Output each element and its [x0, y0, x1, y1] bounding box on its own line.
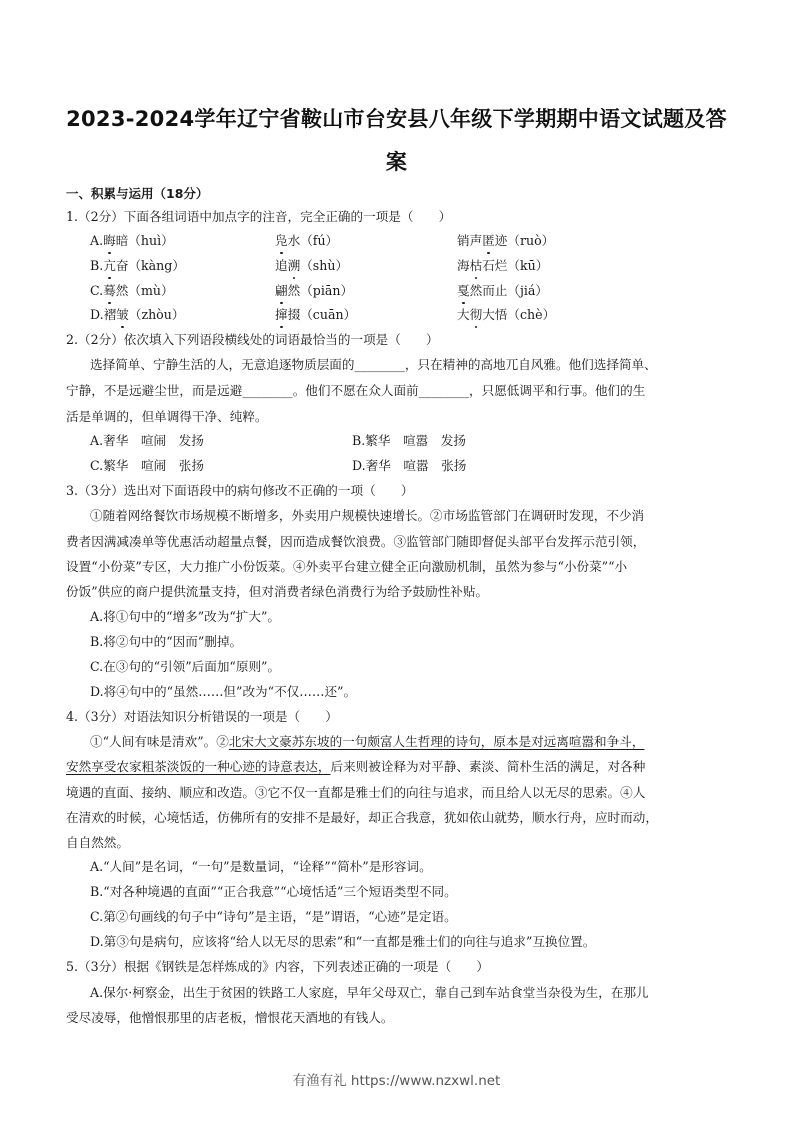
emphasis-dot-char: 晦 — [103, 233, 116, 249]
q2-option-c: C.繁华 喧闹 张扬 — [90, 458, 204, 474]
q3-option-a: A.将①句中的“增多”改为“扩大”。 — [90, 609, 280, 625]
q4-passage-line: 安然享受农家粗茶淡饭的一种心迹的诗意表达，后来则被诠释为对平静、素淡、简朴生活的… — [66, 759, 645, 775]
q1-row4-col3: 大彻大悟（chè） — [457, 307, 555, 323]
q4-stem: 4.（3分）对语法知识分析错误的一项是（ ） — [66, 709, 338, 725]
q1-row4-col2: 撺掇（cuān） — [275, 307, 356, 323]
q2-option-d: D.奢华 喧嚣 张扬 — [352, 458, 466, 474]
emphasis-dot-char: 亢 — [103, 258, 116, 274]
q1-row1-col1: A.晦暗（huì） — [90, 233, 174, 249]
q5-option-a-line: A.保尔·柯察金，出生于贫困的铁路工人家庭，早年父母双亡，靠自己到车站食堂当杂役… — [90, 985, 649, 1001]
emphasis-dot-char: 蓦 — [103, 283, 116, 299]
q5-option-a-line: 受尽凌辱，他憎恨那里的店老板，憎恨花天酒地的有钱人。 — [66, 1010, 393, 1026]
q4-option-c: C.第②句画线的句子中“诗句”是主语，“是”谓语，“心迹”是定语。 — [90, 909, 457, 925]
q4-option-d: D.第③句是病句，应该将“给人以无尽的思索”和“一直都是雅士们的向往与追求”互换… — [90, 934, 595, 950]
q2-passage-line: 宁静，不是远避尘世，而是远避________。他们不愿在众人面前________… — [66, 383, 645, 399]
emphasis-dot-char: 溯 — [288, 258, 301, 274]
q1-row1-col3: 销声匿迹（ruò） — [457, 233, 554, 249]
q2-option-b: B.繁华 喧嚣 发扬 — [352, 433, 466, 449]
q3-option-b: B.将②句中的“因而”删掉。 — [90, 634, 242, 650]
document-title-line1: 2023-2024学年辽宁省鞍山市台安县八年级下学期期中语文试题及答 — [60, 103, 733, 133]
q1-row4-col1: D.褶皱（zhòu） — [90, 307, 184, 323]
q1-row2-col3: 海枯石烂（kū） — [457, 258, 548, 274]
q3-passage-line: ①随着网络餐饮市场规模不断增多，外卖用户规模快速增长。②市场监管部门在调研时发现… — [90, 508, 644, 524]
emphasis-dot-char: 枯 — [470, 258, 483, 274]
emphasis-dot-char: 匿 — [482, 233, 495, 249]
q4-passage-line: ①“人间有味是清欢”。②北宋大文豪苏东坡的一句颇富人生哲理的诗句，原本是对远离喧… — [90, 734, 644, 750]
q4-option-a: A.“人间”是名词，“一句”是数量词，“诠释”“简朴”是形容词。 — [90, 859, 432, 875]
underlined-sentence: 安然享受农家粗茶淡饭的一种心迹的诗意表达， — [66, 759, 330, 774]
emphasis-dot-char: 凫 — [275, 233, 288, 249]
q4-passage-line: 境遇的直面、接纳、顺应和改造。③它不仅一直都是雅士们的向往与追求，而且给人以无尽… — [66, 785, 645, 801]
q3-passage-line: 份饭”供应的商户提供流量支持，但对消费者绿色消费行为给予鼓励性补贴。 — [66, 584, 488, 600]
emphasis-dot-char: 戛 — [457, 283, 470, 299]
q1-row3-col1: C.蓦然（mù） — [90, 283, 174, 299]
q3-option-c: C.在③句的“引领”后面加“原则”。 — [90, 659, 280, 675]
exam-page: 2023-2024学年辽宁省鞍山市台安县八年级下学期期中语文试题及答 案 一、积… — [0, 0, 793, 1122]
q1-row3-col2: 翩然（piān） — [275, 283, 353, 299]
q4-option-b: B.“对各种境遇的直面”“正合我意”“心境恬适”三个短语类型不同。 — [90, 884, 457, 900]
emphasis-dot-char: 翩 — [275, 283, 288, 299]
q3-passage-line: 设置“小份菜”专区，大力推广小份饭菜。④外卖平台建立健全正向激励机制，虽然为参与… — [66, 559, 627, 575]
q2-stem: 2.（2分）依次填入下列语段横线处的词语最恰当的一项是（ ） — [66, 332, 439, 348]
q5-stem: 5.（3分）根据《钢铁是怎样炼成的》内容，下列表述正确的一项是（ ） — [66, 959, 489, 975]
emphasis-dot-char: 撺 — [275, 307, 288, 323]
underlined-sentence: 北宋大文豪苏东坡的一句颇富人生哲理的诗句，原本是对远离喧嚣和争斗， — [229, 734, 645, 749]
q3-stem: 3.（3分）选出对下面语段中的病句修改不正确的一项（ ） — [66, 483, 413, 499]
q2-passage-line: 选择简单、宁静生活的人，无意追逐物质层面的________，只在精神的高地兀自风… — [90, 357, 657, 373]
emphasis-dot-char: 彻 — [470, 307, 483, 323]
footer-watermark: 有渔有礼 https://www.nzxwl.net — [0, 1069, 793, 1089]
q1-row1-col2: 凫水（fú） — [275, 233, 338, 249]
q2-passage-line: 活是单调的，但单调得干净、纯粹。 — [66, 409, 268, 425]
q4-passage-line: 自自然然。 — [66, 835, 129, 851]
q2-option-a: A.奢华 喧闹 发扬 — [90, 433, 204, 449]
q1-stem: 1.（2分）下面各组词语中加点字的注音，完全正确的一项是（ ） — [66, 209, 451, 225]
emphasis-dot-char: 皱 — [116, 307, 129, 323]
q1-row3-col3: 戛然而止（jiá） — [457, 283, 548, 299]
q3-passage-line: 费者因满减凑单等优惠活动超量点餐，因而造成餐饮浪费。③监管部门随即督促头部平台发… — [66, 534, 645, 550]
q3-option-d: D.将④句中的“虽然……但”改为“不仅……还”。 — [90, 684, 356, 700]
q1-row2-col1: B.亢奋（kàng） — [90, 258, 185, 274]
section-heading: 一、积累与运用（18分） — [66, 186, 208, 202]
q1-row2-col2: 追溯（shù） — [275, 258, 348, 274]
q4-passage-line: 在清欢的时候，心境恬适，仿佛所有的安排不是最好，却正合我意，犹如依山就势，顺水行… — [66, 810, 658, 826]
document-title-line2: 案 — [60, 146, 733, 176]
